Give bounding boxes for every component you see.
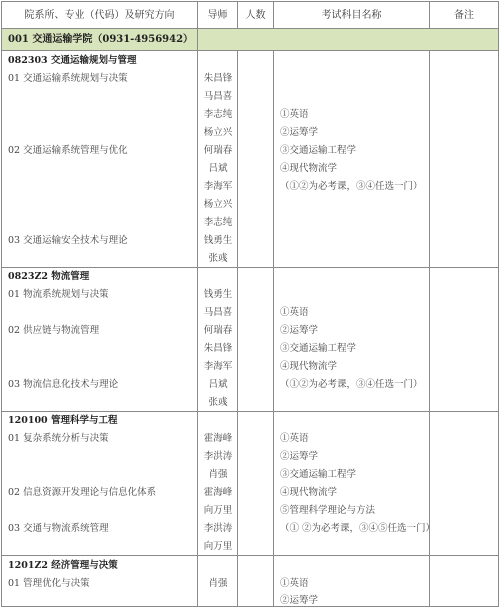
major-title: 120100 管理科学与工程 [8,412,117,430]
exam-subject: ②运筹学 [280,124,318,142]
column-divider [429,2,430,606]
department-title: 001 交通运输学院（0931-4956942） [8,29,193,51]
exam-subject: ②运筹学 [280,448,318,466]
advisor: 肖强 [198,466,238,484]
column-divider [197,29,198,51]
exam-subject: ④现代物流学 [280,358,337,376]
exam-subject: ③交通运输工程学 [280,340,356,358]
direction: 01 交通运输系统规划与决策 [8,70,128,88]
advisor: 何瑞春 [198,142,238,160]
advisor: 向万里 [198,502,238,520]
advisor: 向万里 [198,538,238,556]
exam-subject: ④现代物流学 [280,484,337,502]
exam-subject: ①英语 [280,304,309,322]
exam-subject: ⑤管理科学理论与方法 [280,502,375,520]
advisor: 张彧 [198,250,238,268]
advisor: 吕斌 [198,376,238,394]
advisor: 马昌喜 [198,88,238,106]
advisor: 朱昌锋 [198,70,238,88]
advisor: 李洪涛 [198,520,238,538]
exam-subject: ③交通运输工程学 [280,466,356,484]
advisor: 李海军 [198,358,238,376]
header-advisor: 导师 [198,2,237,29]
advisor: 霍海峰 [198,430,238,448]
major-title: 082303 交通运输规划与管理 [8,52,136,70]
direction: 01 管理优化与决策 [8,575,90,593]
direction: 03 交通与物流系统管理 [8,520,109,538]
direction: 02 供应链与物流管理 [8,322,99,340]
header-count: 人数 [238,2,273,29]
header-subjects: 考试科目名称 [274,2,429,29]
exam-subject: ①英语 [280,430,309,448]
advisor: 朱昌锋 [198,340,238,358]
header-notes: 备注 [430,2,498,29]
row-divider [2,555,498,556]
direction: 03 交通运输安全技术与理论 [8,232,128,250]
row-divider [2,50,498,51]
advisor: 霍海峰 [198,484,238,502]
advisor: 李志纯 [198,214,238,232]
direction: 02 信息资源开发理论与信息化体系 [8,484,156,502]
exam-subject: ②运筹学 [280,592,318,609]
exam-subject: ③交通运输工程学 [280,142,356,160]
direction: 03 物流信息化技术与理论 [8,376,118,394]
advisor: 张彧 [198,394,238,412]
header-dept: 院系所、专业（代码）及研究方向 [2,2,197,29]
direction: 01 复杂系统分析与决策 [8,430,109,448]
advisor: 李志纯 [198,106,238,124]
exam-subject: ①英语 [280,106,309,124]
direction: 02 交通运输系统管理与优化 [8,142,128,160]
major-title: 1201Z2 经济管理与决策 [8,557,118,575]
exam-subject: ④现代物流学 [280,160,337,178]
advisor: 李海军 [198,178,238,196]
advisor: 钱勇生 [198,286,238,304]
exam-note: （① ②为必考课，③④⑤任选一门） [280,520,435,538]
advisor: 吕斌 [198,160,238,178]
exam-subject: ①英语 [280,575,309,593]
column-divider [273,2,274,606]
advisor: 何瑞春 [198,322,238,340]
advisor: 李洪涛 [198,448,238,466]
exam-subject: ②运筹学 [280,322,318,340]
advisor: 杨立兴 [198,124,238,142]
enrollment-table: 院系所、专业（代码）及研究方向 导师 人数 考试科目名称 备注 001 交通运输… [1,1,499,607]
advisor: 马昌喜 [198,304,238,322]
advisor: 钱勇生 [198,232,238,250]
exam-note: （①②为必考课，③④任选一门） [280,376,423,394]
direction: 01 物流系统规划与决策 [8,286,109,304]
exam-note: （①②为必考课，③④任选一门） [280,178,423,196]
advisor: 肖强 [198,575,238,593]
major-title: 0823Z2 物流管理 [8,268,89,286]
advisor: 杨立兴 [198,196,238,214]
